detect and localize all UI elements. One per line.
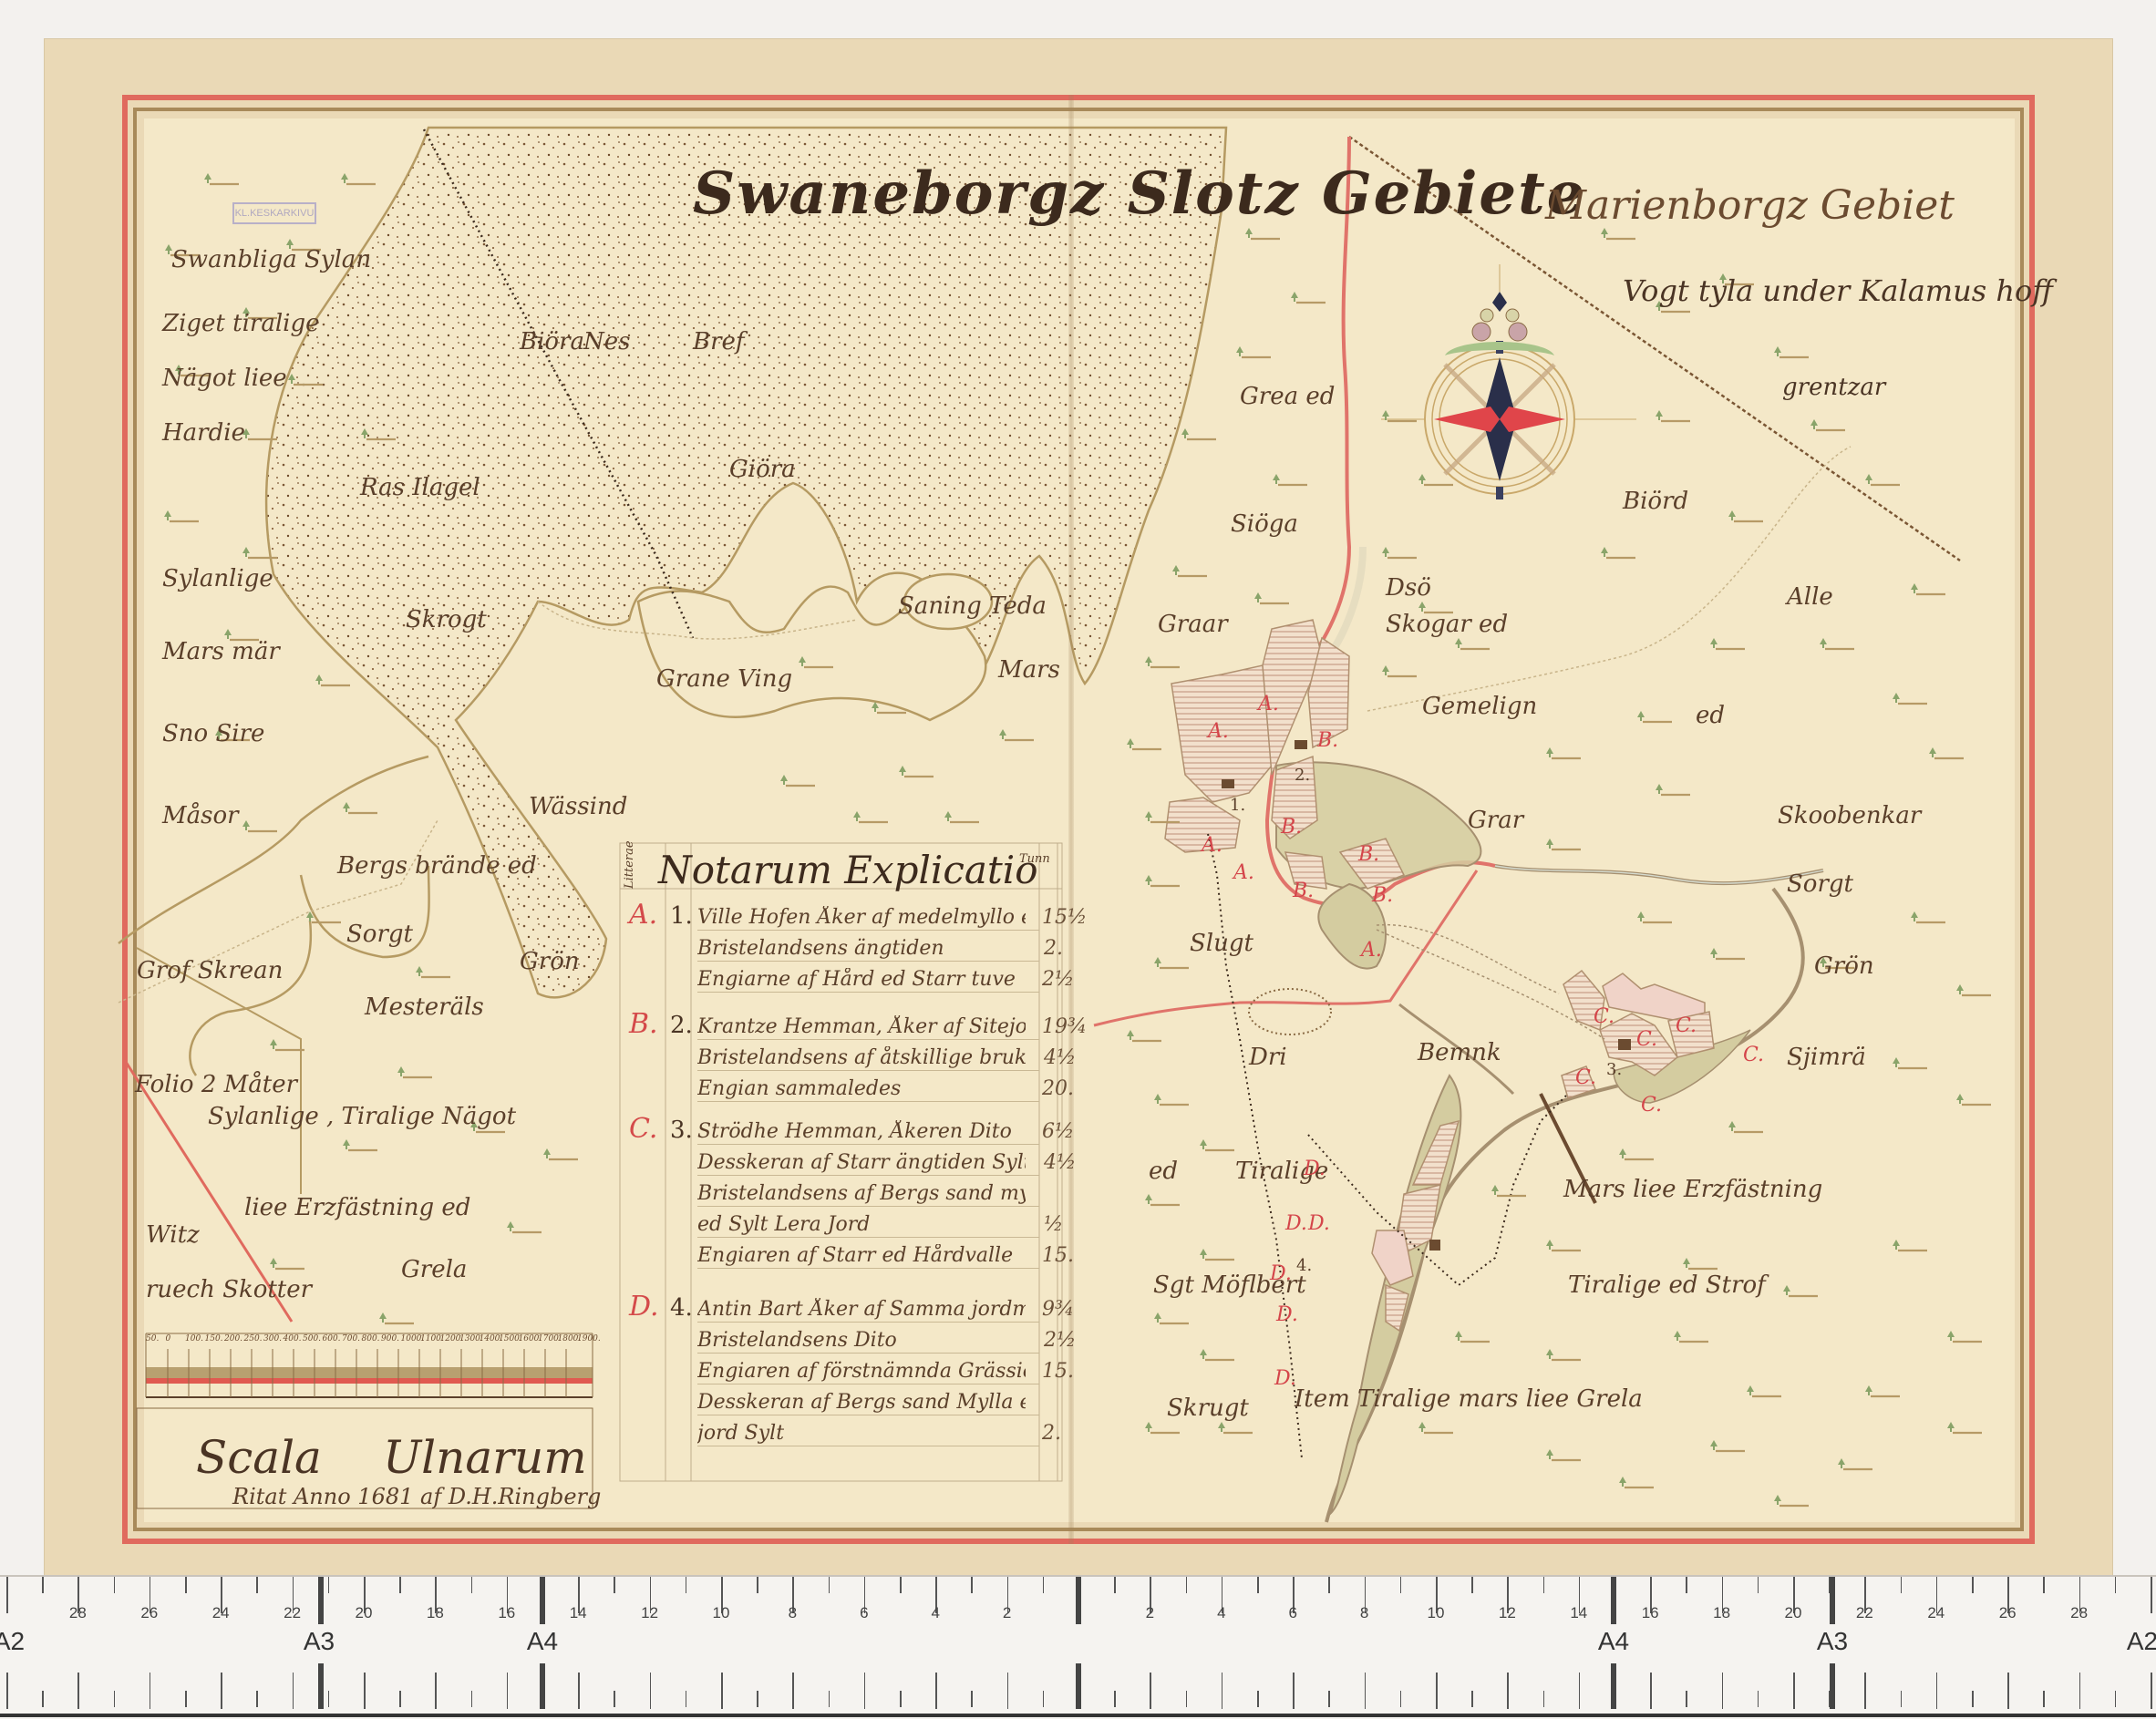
ruler-number: 16 [1642, 1604, 1659, 1622]
place-label: Skrogt [406, 606, 487, 633]
ruler-number: 14 [570, 1604, 587, 1622]
legend-header-values: Tunn [1019, 852, 1050, 866]
map-title: Swaneborgz Slotz Gebiete [693, 160, 1585, 228]
legend-row-value: ½ [1044, 1213, 1063, 1236]
place-label: Ziget tiralige [162, 310, 319, 337]
ruler-tick [185, 1577, 187, 1593]
legend-row-rule [697, 961, 1039, 962]
legend-row-rule [697, 1101, 1039, 1102]
ruler-tick [1328, 1577, 1330, 1593]
ruler-tick [757, 1577, 758, 1593]
ruler-tick [2079, 1673, 2081, 1709]
place-label: Giöra [729, 456, 796, 483]
legend-row-rule [697, 1039, 1039, 1040]
ruler-tick [1257, 1691, 1259, 1707]
ruler-tick [1972, 1691, 1974, 1707]
settlement-marker: B. [1281, 816, 1302, 839]
ruler-tick [1400, 1691, 1402, 1707]
ruler-number: 22 [284, 1604, 301, 1622]
legend-row-text: Bristelandsens af åtskillige brukten wid… [697, 1046, 1026, 1069]
ruler-tick [399, 1691, 401, 1707]
ruler-number: 20 [356, 1604, 373, 1622]
place-label: Nes [583, 328, 630, 355]
ruler-number: 16 [498, 1604, 515, 1622]
settlement-marker: D. [1276, 1303, 1298, 1326]
ruler-number: 18 [427, 1604, 444, 1622]
ruler-tick [1507, 1673, 1509, 1709]
place-label: Mars [998, 656, 1060, 684]
farm-number: 2. [1295, 766, 1310, 785]
place-label: ed [1696, 702, 1725, 729]
settlement-marker: D. [1274, 1367, 1296, 1390]
legend-row-text: Desskeran af Starr ängtiden Sylt myllo [697, 1151, 1026, 1174]
ruler-tick [2043, 1691, 2045, 1707]
settlement-marker: A. [1208, 720, 1229, 743]
legend-row-text: Engian sammaledes [697, 1077, 901, 1100]
ruler-tick [2115, 1691, 2117, 1707]
legend-row-text: Engiaren af Starr ed Hårdvalle [697, 1244, 1013, 1267]
ruler-tick [1043, 1577, 1045, 1593]
ruler-tick [2151, 1577, 2152, 1613]
settlement-marker: B. [1317, 729, 1338, 752]
ruler-size-marker [1830, 1577, 1835, 1624]
ruler-tick [900, 1577, 902, 1593]
settlement-marker: C. [1636, 1028, 1657, 1051]
legend-row-rule [697, 1415, 1039, 1415]
ruler-number: 24 [212, 1604, 230, 1622]
settlement-marker: C. [1743, 1044, 1764, 1066]
ruler-tick [614, 1691, 615, 1707]
settlement-marker: B. [1358, 843, 1379, 866]
legend-row-text: Bristelandsens Dito [697, 1329, 897, 1352]
ruler-number: 8 [1360, 1604, 1368, 1622]
settlement-marker: D. [1304, 1158, 1326, 1180]
place-label: Gemelign [1422, 693, 1537, 720]
legend-row-text: Engiaren af förstnämnda Grässiord [697, 1360, 1026, 1383]
scale-tick-label: 100. [185, 1334, 203, 1343]
legend-row-rule [697, 930, 1039, 931]
ruler-tick [328, 1577, 330, 1593]
farm-number: 1. [1230, 796, 1245, 815]
place-label: Grön [1814, 952, 1874, 980]
ruler-tick [1543, 1691, 1545, 1707]
ruler-number: 24 [1927, 1604, 1945, 1622]
ruler-tick [1650, 1673, 1652, 1709]
legend-row-text: Bristelandsens ängtiden [697, 937, 944, 960]
legend-row-rule [697, 1268, 1039, 1269]
farm-building-4 [1429, 1240, 1440, 1251]
place-label: Grane Ving [656, 665, 792, 693]
settlement-marker: C. [1641, 1094, 1662, 1117]
place-label: Grea ed [1240, 383, 1335, 410]
ruler-tick [1543, 1577, 1545, 1593]
ruler-number: 18 [1713, 1604, 1730, 1622]
place-label: liee Erzfästning ed [244, 1194, 470, 1221]
ruler-size-marker [540, 1663, 545, 1709]
ruler-tick [42, 1691, 44, 1707]
ruler-tick [6, 1673, 8, 1709]
place-label: Biöra [520, 328, 584, 355]
place-label: Skoobenkar [1778, 802, 1921, 829]
legend-letter: C. [629, 1113, 657, 1145]
legend-row-value: 19¾ [1042, 1015, 1087, 1038]
place-label: Dri [1249, 1044, 1287, 1071]
legend-row-text: Engiarne af Hård ed Starr tuve [697, 968, 1016, 991]
ruler-number: 28 [69, 1604, 87, 1622]
legend-letter: B. [629, 1008, 658, 1040]
legend-row-text: Krantze Hemman, Åker af Sitejorden [697, 1015, 1026, 1038]
legend-row-rule [697, 1384, 1039, 1384]
ruler-size-marker [1611, 1577, 1616, 1624]
ruler-number: 12 [641, 1604, 658, 1622]
settlement-marker: A. [1258, 693, 1279, 715]
ruler-tick [2043, 1577, 2045, 1593]
legend-letter: A. [629, 899, 657, 931]
ruler-number: 26 [140, 1604, 158, 1622]
neighbor-territory-line2: Vogt tyla under Kalamus hoff [1623, 273, 2053, 308]
legend-row-rule [697, 1175, 1039, 1176]
ruler-paper-size-label: A2 [2127, 1627, 2156, 1656]
place-label: Sjimrä [1787, 1044, 1866, 1071]
ruler-size-marker [1076, 1577, 1081, 1624]
legend-row-text: Ville Hofen Åker af medelmyllo ed Ler [697, 906, 1026, 929]
ruler-tick [256, 1691, 258, 1707]
ruler-tick [1436, 1673, 1438, 1709]
ruler-tick [2151, 1673, 2152, 1709]
ruler-tick [757, 1691, 758, 1707]
scale-tick-label: 250. [244, 1334, 263, 1343]
ruler-tick [864, 1673, 866, 1709]
place-label: Wässind [529, 793, 627, 820]
place-label: Slugt [1190, 930, 1253, 957]
farm-number: 4. [1296, 1256, 1312, 1275]
ruler-tick [686, 1691, 687, 1707]
ruler-tick [1758, 1577, 1759, 1593]
ruler-tick [829, 1691, 830, 1707]
ruler-tick [971, 1691, 973, 1707]
settlement-marker: B. [1372, 884, 1393, 907]
ruler-tick [1365, 1673, 1367, 1709]
legend-number: 2. [670, 1012, 693, 1039]
ruler-tick [1186, 1577, 1188, 1593]
place-label: Graar [1158, 611, 1228, 638]
place-label: Bergs brände ed [337, 852, 537, 880]
ruler-size-marker [540, 1577, 545, 1624]
archive-stamp: KL.KESKARKIVU [232, 202, 316, 224]
ruler-tick [1901, 1691, 1903, 1707]
ruler-tick [507, 1673, 509, 1709]
ruler-number: 2 [1146, 1604, 1154, 1622]
place-label: Skogar ed [1386, 611, 1508, 638]
scale-tick-label: 150. [205, 1334, 223, 1343]
legend-row-text: ed Sylt Lera Jord [697, 1213, 870, 1236]
ruler-tick [1686, 1691, 1687, 1707]
place-label: Mesteräls [365, 993, 484, 1021]
legend-row-text: Desskeran af Bergs sand Mylla ed [697, 1391, 1026, 1414]
center-fold [1068, 95, 1074, 1544]
scale-tick-label: 500. [303, 1334, 321, 1343]
ruler-tick [471, 1577, 473, 1593]
scale-tick-label: 300. [263, 1334, 282, 1343]
ruler-number: 10 [1428, 1604, 1445, 1622]
place-label: Grela [401, 1256, 467, 1283]
ruler-paper-size-label: A4 [1598, 1627, 1629, 1656]
settlement-marker: A. [1361, 939, 1382, 962]
place-label: Ras Ilagel [360, 474, 480, 501]
legend-title: Notarum Explicatio [658, 848, 1038, 892]
ruler-tick [935, 1673, 937, 1709]
legend-row-value: 15. [1042, 1360, 1074, 1383]
legend-number: 3. [670, 1117, 693, 1144]
legend-header-letters: Litterae [623, 840, 636, 889]
ruler-tick [1222, 1673, 1223, 1709]
ruler-tick [971, 1577, 973, 1593]
ruler-size-marker [318, 1663, 324, 1709]
ruler-tick [1722, 1673, 1724, 1709]
ruler-tick [328, 1691, 330, 1707]
ruler-tick [650, 1673, 652, 1709]
scale-tick-label: 600. [323, 1334, 341, 1343]
legend-row-rule [697, 992, 1039, 993]
ruler-tick [1186, 1691, 1188, 1707]
settlement-marker: D. [1270, 1262, 1292, 1285]
place-label: Dsö [1386, 574, 1431, 602]
ruler-tick [399, 1577, 401, 1593]
ruler-tick [1972, 1577, 1974, 1593]
farm-number: 3. [1606, 1060, 1622, 1079]
legend-row-rule [697, 1070, 1039, 1071]
place-label: Mars mär [162, 638, 280, 665]
ruler-tick [1864, 1673, 1866, 1709]
ruler-paper-size-label: A4 [527, 1627, 558, 1656]
place-label: Grön [520, 948, 580, 975]
place-label: Sylanlige , Tiralige Nägot [208, 1103, 516, 1130]
ruler-number: 28 [2070, 1604, 2088, 1622]
legend-row-value: 6½ [1042, 1120, 1074, 1143]
ruler-tick [221, 1673, 222, 1709]
place-label: Tiralige ed Strof [1568, 1271, 1766, 1299]
ruler-number: 8 [789, 1604, 797, 1622]
ruler-number: 4 [931, 1604, 939, 1622]
ruler-tick [1114, 1691, 1116, 1707]
neighbor-territory-line1: Marienborgz Gebiet [1545, 182, 1955, 229]
ruler-size-marker [318, 1577, 324, 1624]
place-label: Siöga [1231, 510, 1298, 538]
scale-tick-label: 700. [342, 1334, 360, 1343]
settlement-marker: D. [1308, 1212, 1330, 1235]
ruler-tick [1758, 1691, 1759, 1707]
place-label: Swanbliga Sylan [171, 246, 371, 273]
ruler-tick [1471, 1691, 1473, 1707]
legend-row-value: 2½ [1042, 968, 1074, 991]
place-label: Skrugt [1167, 1395, 1249, 1422]
ruler-number: 12 [1499, 1604, 1516, 1622]
ruler-size-marker [1076, 1663, 1081, 1709]
ruler-tick [1150, 1673, 1151, 1709]
ruler-tick [1793, 1673, 1795, 1709]
legend-row-value: 9¾ [1042, 1298, 1074, 1321]
place-label: Alle [1787, 583, 1833, 611]
scale-tick-label: 400. [284, 1334, 302, 1343]
legend-row-value: 2. [1042, 1422, 1061, 1445]
legend-row-rule [697, 1237, 1039, 1238]
place-label: Sno Sire [162, 720, 264, 747]
place-label: Grof Skrean [137, 957, 283, 984]
ruler-paper-size-label: A3 [304, 1627, 335, 1656]
ruler-tick [1007, 1673, 1009, 1709]
scale-tick-label: 0 [166, 1334, 171, 1343]
ruler-tick [6, 1577, 8, 1613]
legend-row-value: 2½ [1044, 1329, 1076, 1352]
scale-title-left: Scala [196, 1431, 322, 1484]
place-label: Sorgt [346, 921, 413, 948]
ruler-tick [293, 1673, 294, 1709]
legend-row-rule [697, 1206, 1039, 1207]
ruler-tick [1400, 1577, 1402, 1593]
place-label: Måsor [162, 802, 239, 829]
ruler-tick [256, 1577, 258, 1593]
ruler-size-marker [1830, 1663, 1835, 1709]
settlement-marker: B. [1293, 880, 1314, 902]
place-label: Biörd [1623, 488, 1688, 515]
settlement-marker: C. [1594, 1005, 1614, 1028]
ruler-tick [77, 1673, 79, 1709]
place-label: Mars liee Erzfästning [1563, 1176, 1822, 1203]
ruler-tick [150, 1673, 151, 1709]
place-label: Sylanlige [162, 565, 273, 592]
ruler-tick [1114, 1577, 1116, 1593]
ruler-tick [792, 1673, 794, 1709]
legend-row-text: Antin Bart Åker af Samma jordmån [697, 1298, 1026, 1321]
place-label: Sorgt [1787, 870, 1853, 898]
neighbor-territory-line3: grentzar [1782, 374, 1885, 401]
ruler-size-marker [1611, 1663, 1616, 1709]
settlement-marker: A. [1202, 834, 1222, 857]
legend-row-value: 2. [1044, 937, 1063, 960]
legend-row-value: 4½ [1044, 1151, 1076, 1174]
ruler-tick [829, 1577, 830, 1593]
scale-tick-label: 800. [362, 1334, 380, 1343]
legend-row-value: 15. [1042, 1244, 1074, 1267]
ruler-number: 4 [1217, 1604, 1225, 1622]
ruler-tick [185, 1691, 187, 1707]
ruler-tick [114, 1691, 116, 1707]
place-label: Nägot liee [162, 365, 287, 392]
scale-tick-label: 1900. [577, 1334, 601, 1343]
place-label: ruech Skotter [146, 1276, 312, 1303]
ruler-tick [435, 1673, 437, 1709]
ruler-tick [578, 1673, 580, 1709]
place-label: ed [1149, 1158, 1178, 1185]
legend-row-value: 15½ [1042, 906, 1087, 929]
place-label: Witz [146, 1221, 200, 1249]
ruler-number: 6 [860, 1604, 868, 1622]
ruler-tick [1579, 1673, 1581, 1709]
settlement-marker: D. [1285, 1212, 1307, 1235]
scale-tick-label: 200. [224, 1334, 242, 1343]
settlement-marker: A. [1233, 861, 1254, 884]
ruler-tick [1901, 1577, 1903, 1593]
legend-row-rule [697, 1322, 1039, 1323]
scale-subtitle: Ritat Anno 1681 af D.H.Ringberg [232, 1484, 601, 1509]
ruler-tick [1043, 1691, 1045, 1707]
settlement-marker: C. [1676, 1014, 1697, 1037]
ruler-tick [614, 1577, 615, 1593]
legend-row-text: jord Sylt [697, 1422, 784, 1445]
place-label: Item Tiralige mars liee Grela [1295, 1385, 1643, 1413]
place-label: Bemnk [1418, 1039, 1501, 1066]
ruler-number: 14 [1570, 1604, 1587, 1622]
scale-tick-label: 900. [381, 1334, 399, 1343]
legend-row-text: Bristelandsens af Bergs sand myllo [697, 1182, 1026, 1205]
place-label: Hardie [162, 419, 245, 447]
place-label: Saning Teda [898, 592, 1047, 620]
legend-letter: D. [629, 1291, 659, 1323]
ruler-paper-size-label: A2 [0, 1627, 25, 1656]
farm-building-1 [1222, 779, 1234, 788]
farm-building-3 [1618, 1039, 1631, 1050]
ruler-number: 6 [1288, 1604, 1296, 1622]
farm-building-2 [1295, 740, 1307, 749]
ruler-tick [1257, 1577, 1259, 1593]
ruler-tick [686, 1577, 687, 1593]
place-label: Grar [1468, 807, 1523, 834]
ruler-number: 22 [1856, 1604, 1873, 1622]
ruler-tick [1328, 1691, 1330, 1707]
ruler-number: 2 [1003, 1604, 1011, 1622]
legend-row-value: 4½ [1044, 1046, 1076, 1069]
ruler-tick [1293, 1673, 1295, 1709]
legend-row-rule [697, 1446, 1039, 1446]
ruler-number: 10 [713, 1604, 730, 1622]
legend-row-rule [697, 1353, 1039, 1354]
ruler-tick [2007, 1673, 2009, 1709]
settlement-marker: C. [1575, 1066, 1596, 1089]
ruler-number: 20 [1785, 1604, 1802, 1622]
ruler-paper-size-label: A3 [1817, 1627, 1848, 1656]
ruler-tick [364, 1673, 366, 1709]
ruler-tick [471, 1691, 473, 1707]
compass-rose-icon [1381, 264, 1636, 499]
ruler-tick [42, 1577, 44, 1593]
ruler-tick [1936, 1673, 1938, 1709]
ruler-bottom-edge [0, 1714, 2156, 1717]
legend-number: 4. [670, 1294, 693, 1322]
ruler-tick [1471, 1577, 1473, 1593]
ruler-tick [1686, 1577, 1687, 1593]
scale-tick-label: 50. [146, 1334, 159, 1343]
legend-row-value: 20. [1042, 1077, 1074, 1100]
place-label: Bref [693, 328, 745, 355]
ruler-tick [900, 1691, 902, 1707]
legend-row-text: Strödhe Hemman, Åkeren Dito [697, 1120, 1012, 1143]
ruler-number: 26 [1999, 1604, 2017, 1622]
legend-number: 1. [670, 902, 693, 930]
ruler-tick [2115, 1577, 2117, 1593]
scale-title-right: Ulnarum [383, 1431, 587, 1484]
ruler-tick [114, 1577, 116, 1593]
legend-row-rule [697, 1144, 1039, 1145]
place-label: Folio 2 Måter [135, 1071, 297, 1098]
ruler-tick [721, 1673, 723, 1709]
